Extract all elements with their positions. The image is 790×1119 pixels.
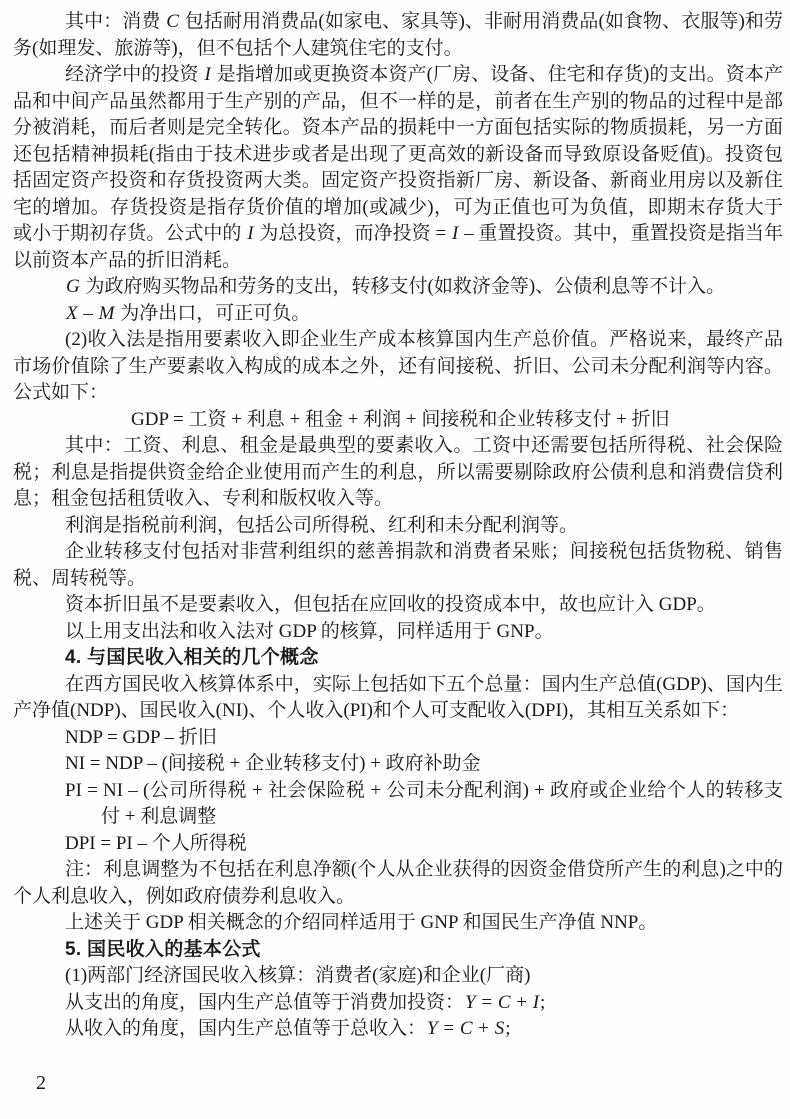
formula-dpi: DPI = PI – 个人所得税 (13, 831, 783, 858)
paragraph-net-export: X – M 为净出口，可正可负。 (13, 301, 783, 328)
heading-section-5: 5. 国民收入的基本公式 (13, 937, 783, 964)
paragraph-investment-definition: 经济学中的投资 I 是指增加或更换资本资产(厂房、设备、住宅和存货)的支出。资本… (13, 62, 783, 274)
paragraph-transfer-and-indirect-tax: 企业转移支付包括对非营利组织的慈善捐款和消费者呆账；间接税包括货物税、销售税、周… (13, 539, 783, 592)
paragraph-nnp-applicability: 上述关于 GDP 相关概念的介绍同样适用于 GNP 和国民生产净值 NNP。 (13, 910, 783, 937)
paragraph-expenditure-identity: 从支出的角度，国内生产总值等于消费加投资：Y = C + I; (13, 990, 783, 1017)
paragraph-factor-income: 其中：工资、利息、租金是最典型的要素收入。工资中还需要包括所得税、社会保险税；利… (13, 433, 783, 513)
page-number: 2 (36, 1070, 46, 1096)
paragraph-capital-depreciation: 资本折旧虽不是要素收入，但包括在应回收的投资成本中，故也应计入 GDP。 (13, 592, 783, 619)
page-text-block: 其中：消费 C 包括耐用消费品(如家电、家具等)、非耐用消费品(如食物、衣服等)… (13, 9, 783, 1043)
formula-pi: PI = NI – (公司所得税 + 社会保险税 + 公司未分配利润) + 政府… (13, 778, 783, 831)
formula-ndp: NDP = GDP – 折旧 (13, 725, 783, 752)
paragraph-profit-definition: 利润是指税前利润，包括公司所得税、红利和未分配利润等。 (13, 513, 783, 540)
paragraph-income-method: (2)收入法是指用要素收入即企业生产成本核算国内生产总价值。严格说来，最终产品市… (13, 327, 783, 407)
paragraph-five-aggregates: 在西方国民收入核算体系中，实际上包括如下五个总量：国内生产总值(GDP)、国内生… (13, 672, 783, 725)
paragraph-two-sector-accounting: (1)两部门经济国民收入核算：消费者(家庭)和企业(厂商) (13, 963, 783, 990)
heading-section-4: 4. 与国民收入相关的几个概念 (13, 645, 783, 672)
paragraph-gnp-applicability: 以上用支出法和收入法对 GDP 的核算，同样适用于 GNP。 (13, 619, 783, 646)
formula-ni: NI = NDP – (间接税 + 企业转移支付) + 政府补助金 (13, 751, 783, 778)
paragraph-government-purchase: G 为政府购买物品和劳务的支出，转移支付(如救济金等)、公债利息等不计入。 (13, 274, 783, 301)
book-page: 其中：消费 C 包括耐用消费品(如家电、家具等)、非耐用消费品(如食物、衣服等)… (0, 0, 790, 1119)
paragraph-income-identity: 从收入的角度，国内生产总值等于总收入：Y = C + S; (13, 1016, 783, 1043)
formula-gdp-income-approach: GDP = 工资 + 利息 + 租金 + 利润 + 间接税和企业转移支付 + 折… (13, 407, 783, 434)
paragraph-consumption-definition: 其中：消费 C 包括耐用消费品(如家电、家具等)、非耐用消费品(如食物、衣服等)… (13, 9, 783, 62)
paragraph-interest-adjustment-note: 注：利息调整为不包括在利息净额(个人从企业获得的因资金借贷所产生的利息)之中的个… (13, 857, 783, 910)
